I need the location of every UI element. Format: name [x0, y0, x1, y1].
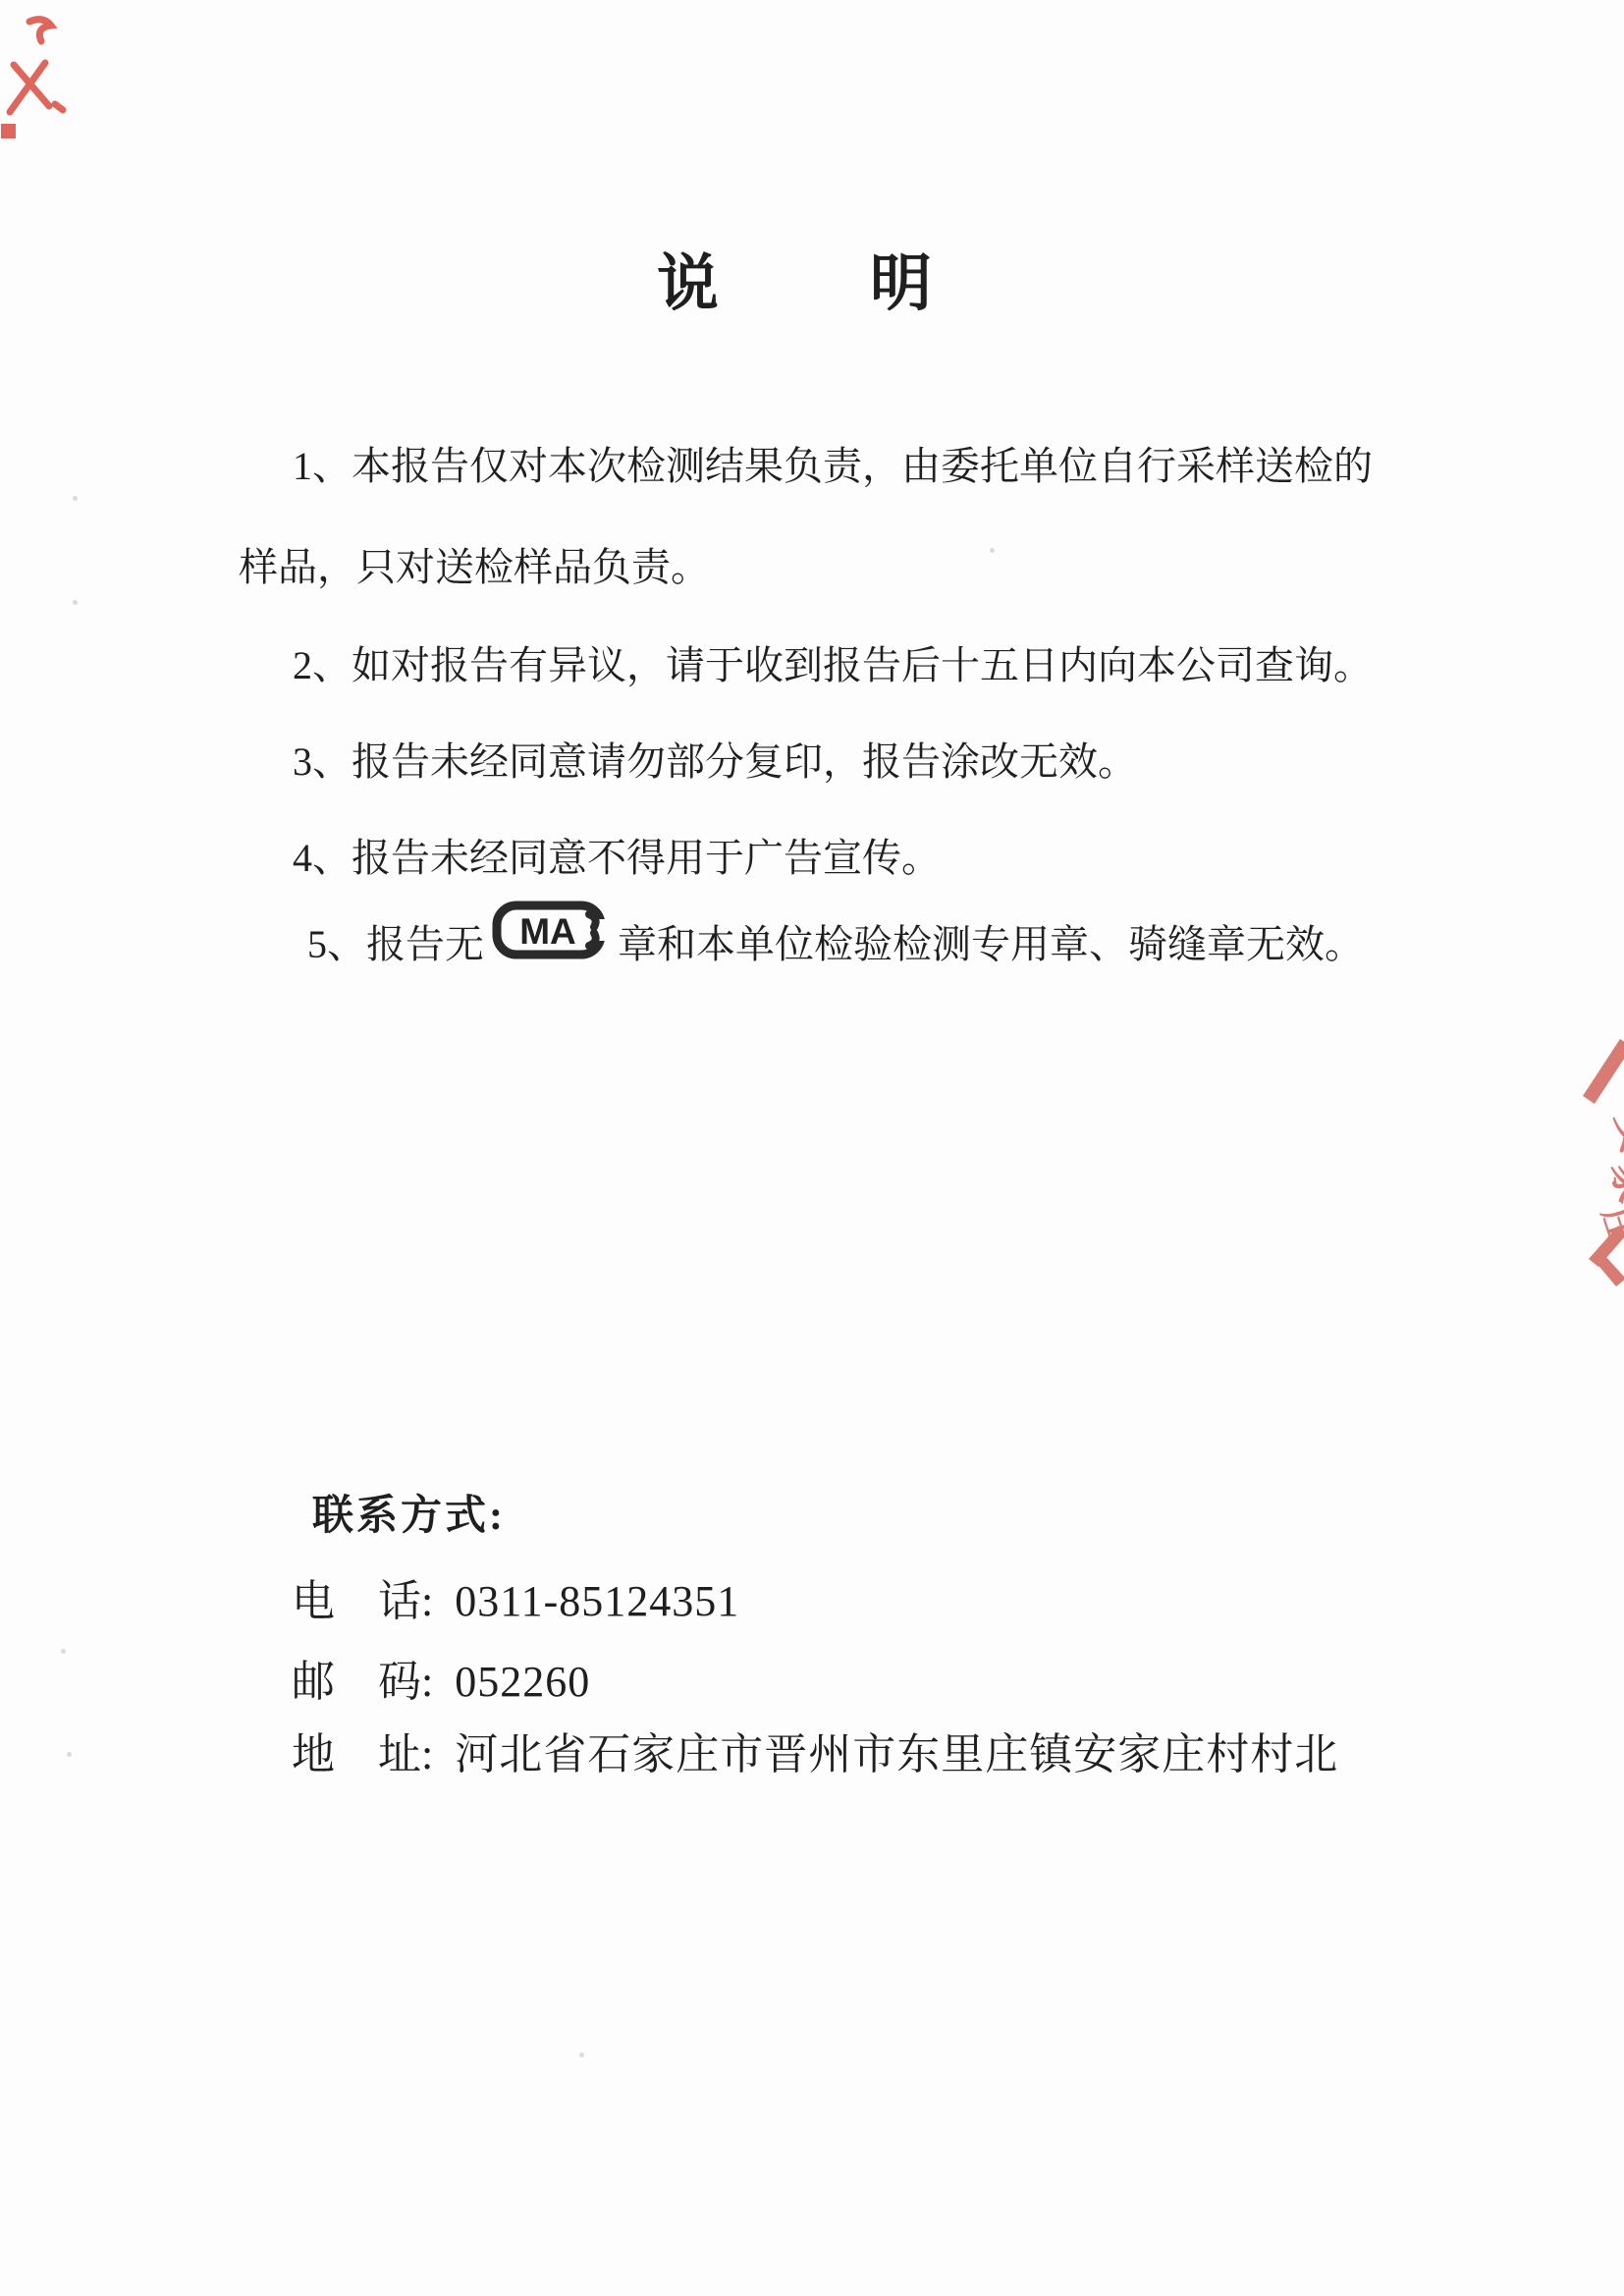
scan-speck: [990, 548, 995, 553]
page-title-char-right: 明: [870, 234, 934, 323]
note-5: 5、报告无 MA 章和本单位检验检测专用章、骑缝章无效。: [307, 920, 1364, 969]
note-5-prefix: 5、报告无: [307, 920, 484, 969]
corner-mark-squiggle: [29, 20, 51, 41]
contact-phone-row: 电 话:0311-85124351: [292, 1565, 739, 1628]
contact-postcode-label: 邮 码:: [292, 1658, 433, 1706]
cma-logo-text: MA: [519, 911, 576, 952]
scan-speck: [73, 496, 78, 501]
cma-logo: MA: [490, 897, 612, 963]
scan-speck: [579, 2052, 584, 2057]
corner-mark-block: [1, 124, 16, 138]
page-title-char-left: 说: [657, 234, 721, 323]
red-stamp-fragment: 安 家 庄: [1567, 1033, 1624, 1290]
contact-phone-label: 电 话:: [292, 1577, 433, 1625]
note-1-line-1: 1、本报告仅对本次检测结果负责，由委托单位自行采样送检的: [293, 442, 1373, 491]
note-4: 4、报告未经同意不得用于广告宣传。: [293, 834, 941, 883]
note-1-line-2: 样品，只对送检样品负责。: [239, 543, 710, 592]
note-3: 3、报告未经同意请勿部分复印，报告涂改无效。: [293, 738, 1137, 787]
contact-address-value: 河北省石家庄市晋州市东里庄镇安家庄村村北: [455, 1730, 1338, 1778]
stamp-stroke-top: [1583, 1039, 1624, 1104]
contact-address-label: 地 址:: [292, 1730, 433, 1778]
stamp-glyph-2: 家: [1602, 1157, 1624, 1207]
contact-phone-value: 0311-85124351: [455, 1577, 739, 1625]
stamp-stroke-bottom-2: [1595, 1255, 1624, 1286]
scan-speck: [73, 600, 78, 605]
page-title: 说 明: [0, 234, 1607, 323]
note-2: 2、如对报告有异议，请于收到报告后十五日内向本公司查询。: [293, 641, 1373, 690]
contact-address-row: 地 址:河北省石家庄市晋州市东里庄镇安家庄村村北: [292, 1719, 1338, 1781]
scan-speck: [67, 1752, 72, 1757]
stamp-glyph-1: 安: [1606, 1108, 1624, 1158]
corner-mark-dot-stroke: [55, 104, 63, 110]
corner-red-marks: [0, 6, 108, 153]
document-page: 说 明 1、本报告仅对本次检测结果负责，由委托单位自行采样送检的 样品，只对送检…: [0, 0, 1624, 2296]
note-5-suffix: 章和本单位检验检测专用章、骑缝章无效。: [618, 920, 1364, 969]
contact-postcode-row: 邮 码:052260: [292, 1646, 590, 1709]
contact-postcode-value: 052260: [455, 1658, 590, 1706]
contact-heading: 联系方式:: [312, 1483, 506, 1542]
scan-speck: [61, 1649, 66, 1654]
